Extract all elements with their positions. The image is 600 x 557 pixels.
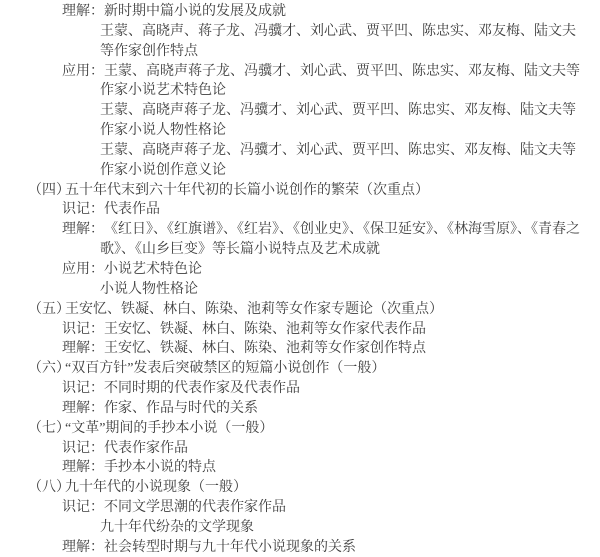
level-label: 理解：	[62, 339, 104, 359]
level-label: 应用：	[62, 62, 104, 82]
outline-continuation-line: 作家小说人物性格论	[0, 121, 600, 141]
label-block-line: 理解： 手抄本小说的特点	[0, 458, 600, 478]
section-title: 九十年代的小说现象（一般）	[65, 480, 247, 495]
label-block-line: 理解： 社会转型时期与九十年代小说现象的关系	[0, 538, 600, 557]
section-heading: （四）五十年代末到六十年代初的长篇小说创作的繁荣（次重点）	[0, 181, 600, 201]
level-label: 理解：	[62, 2, 104, 22]
section-title: “文革”期间的手抄本小说（一般）	[65, 421, 273, 436]
outline-continuation-line: 小说人物性格论	[0, 280, 600, 300]
outline-text: 不同文学思潮的代表作家作品	[104, 498, 600, 518]
outline-continuation-line: 作家小说艺术特色论	[0, 81, 600, 101]
level-label: 应用：	[62, 260, 104, 280]
outline-text: 《红日》、《红旗谱》、《红岩》、《创业史》、《保卫延安》、《林海雪原》、《青春之	[104, 220, 600, 240]
section-title: 王安忆、铁凝、林白、陈染、池莉等女作家专题论（次重点）	[65, 302, 443, 317]
section-marker: （四）	[28, 181, 65, 201]
level-label: 识记：	[62, 439, 104, 459]
outline-text: 代表作品	[104, 200, 600, 220]
label-block-line: 识记： 不同时期的代表作家及代表作品	[0, 379, 600, 399]
outline-text: 社会转型时期与九十年代小说现象的关系	[104, 538, 600, 557]
label-block-line: 理解： 新时期中篇小说的发展及成就	[0, 2, 600, 22]
outline-continuation-line: 歌》、《山乡巨变》等长篇小说特点及艺术成就	[0, 240, 600, 260]
outline-continuation-line: 作家小说创作意义论	[0, 161, 600, 181]
section-marker: （八）	[28, 478, 65, 498]
section-heading: （八）九十年代的小说现象（一般）	[0, 478, 600, 498]
outline-continuation-line: 王蒙、高晓声蒋子龙、冯骥才、刘心武、贾平凹、陈忠实、邓友梅、陆文夫等	[0, 101, 600, 121]
label-block-line: 应用： 王蒙、高晓声蒋子龙、冯骥才、刘心武、贾平凹、陈忠实、邓友梅、陆文夫等	[0, 62, 600, 82]
level-label: 理解：	[62, 538, 104, 557]
label-block-line: 识记： 代表作家作品	[0, 439, 600, 459]
label-block-line: 识记： 不同文学思潮的代表作家作品	[0, 498, 600, 518]
section-marker: （六）	[28, 359, 65, 379]
section-marker: （七）	[28, 419, 65, 439]
level-label: 理解：	[62, 458, 104, 478]
section-heading: （五）王安忆、铁凝、林白、陈染、池莉等女作家专题论（次重点）	[0, 300, 600, 320]
outline-text: 小说艺术特色论	[104, 260, 600, 280]
level-label: 识记：	[62, 320, 104, 340]
section-marker: （五）	[28, 300, 65, 320]
level-label: 理解：	[62, 220, 104, 240]
level-label: 理解：	[62, 399, 104, 419]
label-block-line: 理解： 王安忆、铁凝、林白、陈染、池莉等女作家创作特点	[0, 339, 600, 359]
outline-text: 作家、作品与时代的关系	[104, 399, 600, 419]
level-label: 识记：	[62, 200, 104, 220]
outline-continuation-line: 等作家创作特点	[0, 42, 600, 62]
outline-continuation-line: 王蒙、高晓声蒋子龙、冯骥才、刘心武、贾平凹、陈忠实、邓友梅、陆文夫等	[0, 141, 600, 161]
outline-text: 新时期中篇小说的发展及成就	[104, 2, 600, 22]
label-block-line: 识记： 王安忆、铁凝、林白、陈染、池莉等女作家代表作品	[0, 320, 600, 340]
outline-text: 不同时期的代表作家及代表作品	[104, 379, 600, 399]
section-title: 五十年代末到六十年代初的长篇小说创作的繁荣（次重点）	[65, 183, 429, 198]
label-block-line: 理解： 《红日》、《红旗谱》、《红岩》、《创业史》、《保卫延安》、《林海雪原》、…	[0, 220, 600, 240]
label-block-line: 识记： 代表作品	[0, 200, 600, 220]
outline-text: 王蒙、高晓声蒋子龙、冯骥才、刘心武、贾平凹、陈忠实、邓友梅、陆文夫等	[104, 62, 600, 82]
section-heading: （七）“文革”期间的手抄本小说（一般）	[0, 419, 600, 439]
label-block-line: 应用： 小说艺术特色论	[0, 260, 600, 280]
outline-text: 手抄本小说的特点	[104, 458, 600, 478]
level-label: 识记：	[62, 379, 104, 399]
outline-continuation-line: 九十年代纷杂的文学现象	[0, 518, 600, 538]
level-label: 识记：	[62, 498, 104, 518]
outline-text: 王安忆、铁凝、林白、陈染、池莉等女作家创作特点	[104, 339, 600, 359]
outline-text: 王安忆、铁凝、林白、陈染、池莉等女作家代表作品	[104, 320, 600, 340]
section-title: “双百方针”发表后突破禁区的短篇小说创作（一般）	[65, 361, 385, 376]
outline-continuation-line: 王蒙、高晓声、蒋子龙、冯骥才、刘心武、贾平凹、陈忠实、邓友梅、陆文夫	[0, 22, 600, 42]
label-block-line: 理解： 作家、作品与时代的关系	[0, 399, 600, 419]
syllabus-document-page: 理解： 新时期中篇小说的发展及成就 王蒙、高晓声、蒋子龙、冯骥才、刘心武、贾平凹…	[0, 0, 600, 557]
section-heading: （六）“双百方针”发表后突破禁区的短篇小说创作（一般）	[0, 359, 600, 379]
outline-text: 代表作家作品	[104, 439, 600, 459]
